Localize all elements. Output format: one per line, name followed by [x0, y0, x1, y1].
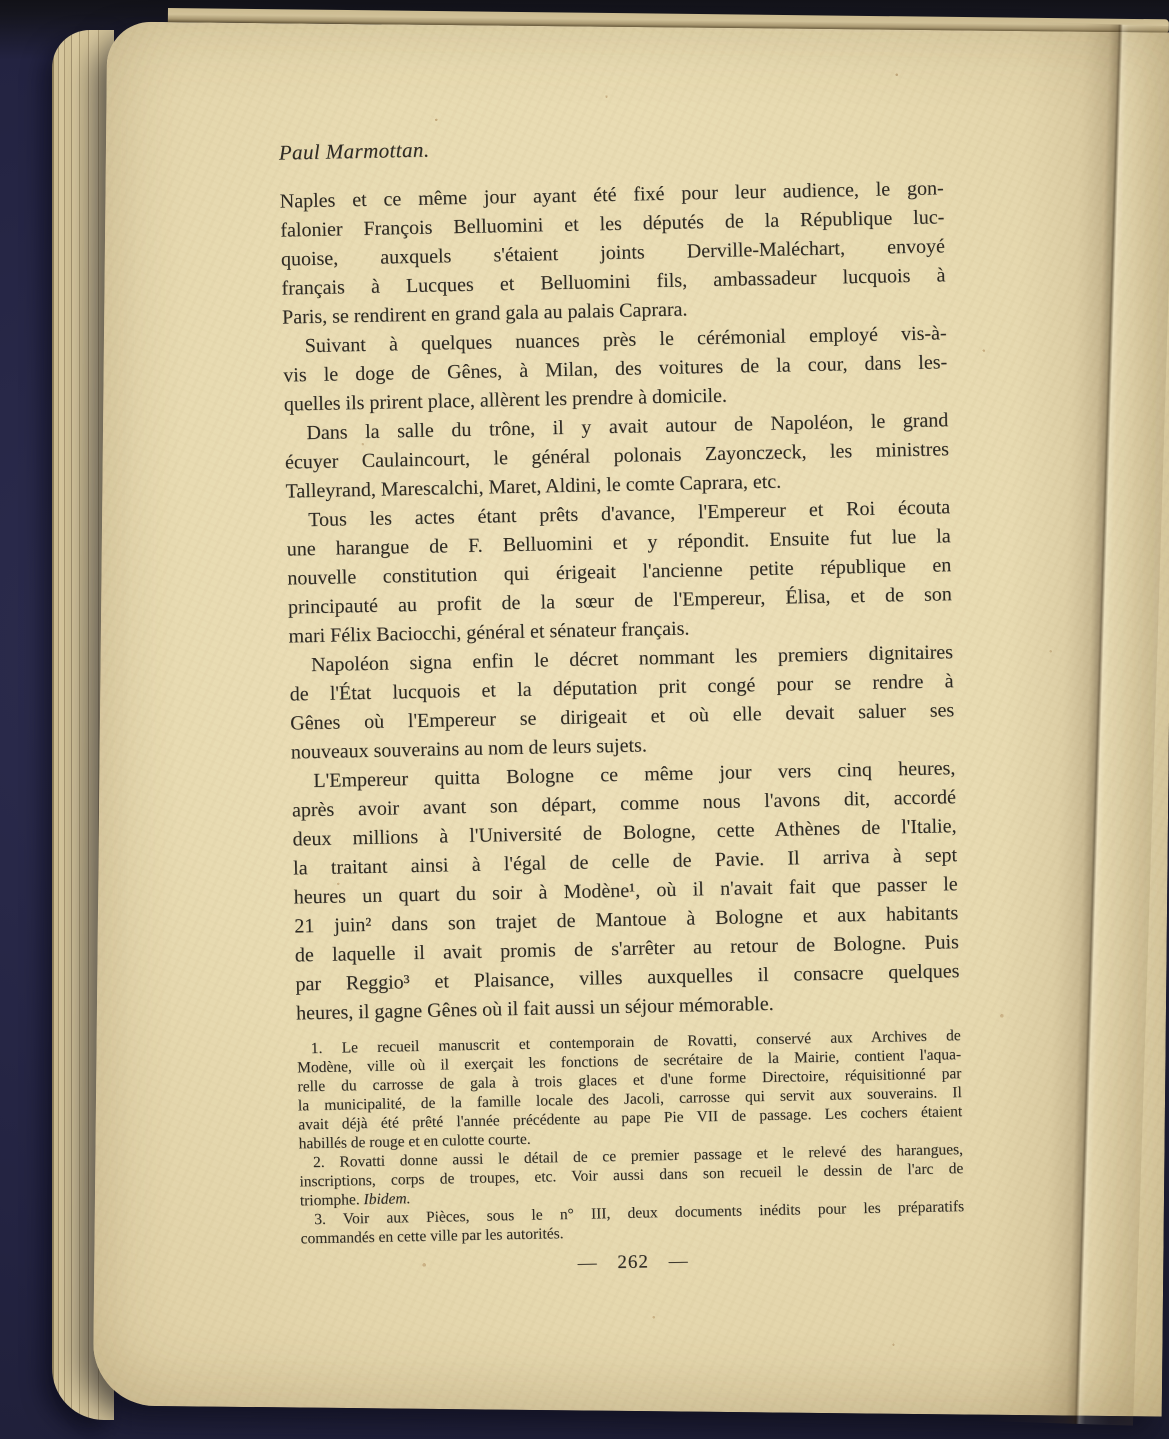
footnotes: 1. Le recueil manuscrit et contemporain …: [297, 1027, 965, 1249]
author-header: Paul Marmottan.: [279, 124, 943, 167]
page-content: Paul Marmottan. Naples et ce même jour a…: [279, 124, 966, 1280]
gutter-fold-shadow: [983, 22, 1169, 1426]
book-page: Paul Marmottan. Naples et ce même jour a…: [93, 21, 1169, 1416]
body-text: Naples et ce même jour ayant été fixé po…: [280, 174, 961, 1028]
photographed-book: { "page": { "author_header": "Paul Marmo…: [0, 0, 1169, 1439]
page-number: — 262 —: [301, 1245, 965, 1280]
